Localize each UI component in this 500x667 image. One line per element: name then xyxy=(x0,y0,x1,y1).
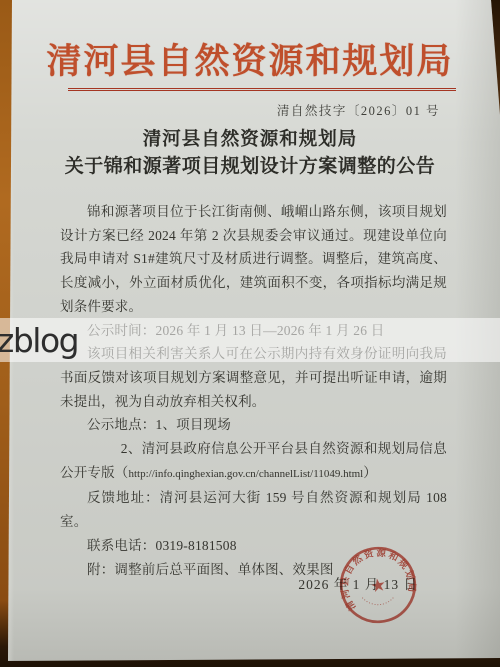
agency-letterhead: 清河县自然资源和规划局 xyxy=(0,34,500,84)
announcement-title-line2: 关于锦和源著项目规划设计方案调整的公告 xyxy=(0,151,500,178)
official-seal-graphic: 清河县自然资源和规划局 ★ ••••••••••••• xyxy=(329,536,426,633)
paragraph-address: 反馈地址：清河县运河大街 159 号自然资源和规划局 108 室。 xyxy=(60,486,447,533)
seal-star-icon: ★ xyxy=(368,574,387,596)
letterhead-rule xyxy=(68,88,456,91)
photo-of-announcement: 清河县自然资源和规划局 清自然技字〔2026〕01 号 清河县自然资源和规划局 … xyxy=(0,0,500,667)
official-seal: 清河县自然资源和规划局 ★ ••••••••••••• xyxy=(329,536,426,633)
photo-bottom-shadow xyxy=(0,660,500,667)
publicity-url: http://info.qinghexian.gov.cn/channelLis… xyxy=(129,468,364,480)
place2-closing: ） xyxy=(363,465,377,480)
announcement-body: 锦和源著项目位于长江街南侧、峨嵋山路东侧，该项目规划设计方案已经 2024 年第… xyxy=(60,200,447,581)
watermark-text: zblog xyxy=(0,324,78,357)
paragraph-place-1: 公示地点：1、项目现场 xyxy=(60,413,447,437)
watermark-band: zblog xyxy=(0,318,500,362)
paragraph-place-2: 2、清河县政府信息公开平台县自然资源和规划局信息公开专版（http://info… xyxy=(60,437,447,486)
paragraph-intro: 锦和源著项目位于长江街南侧、峨嵋山路东侧，该项目规划设计方案已经 2024 年第… xyxy=(60,200,447,319)
document-number: 清自然技字〔2026〕01 号 xyxy=(277,101,440,119)
announcement-title-line1: 清河县自然资源和规划局 xyxy=(0,125,500,151)
